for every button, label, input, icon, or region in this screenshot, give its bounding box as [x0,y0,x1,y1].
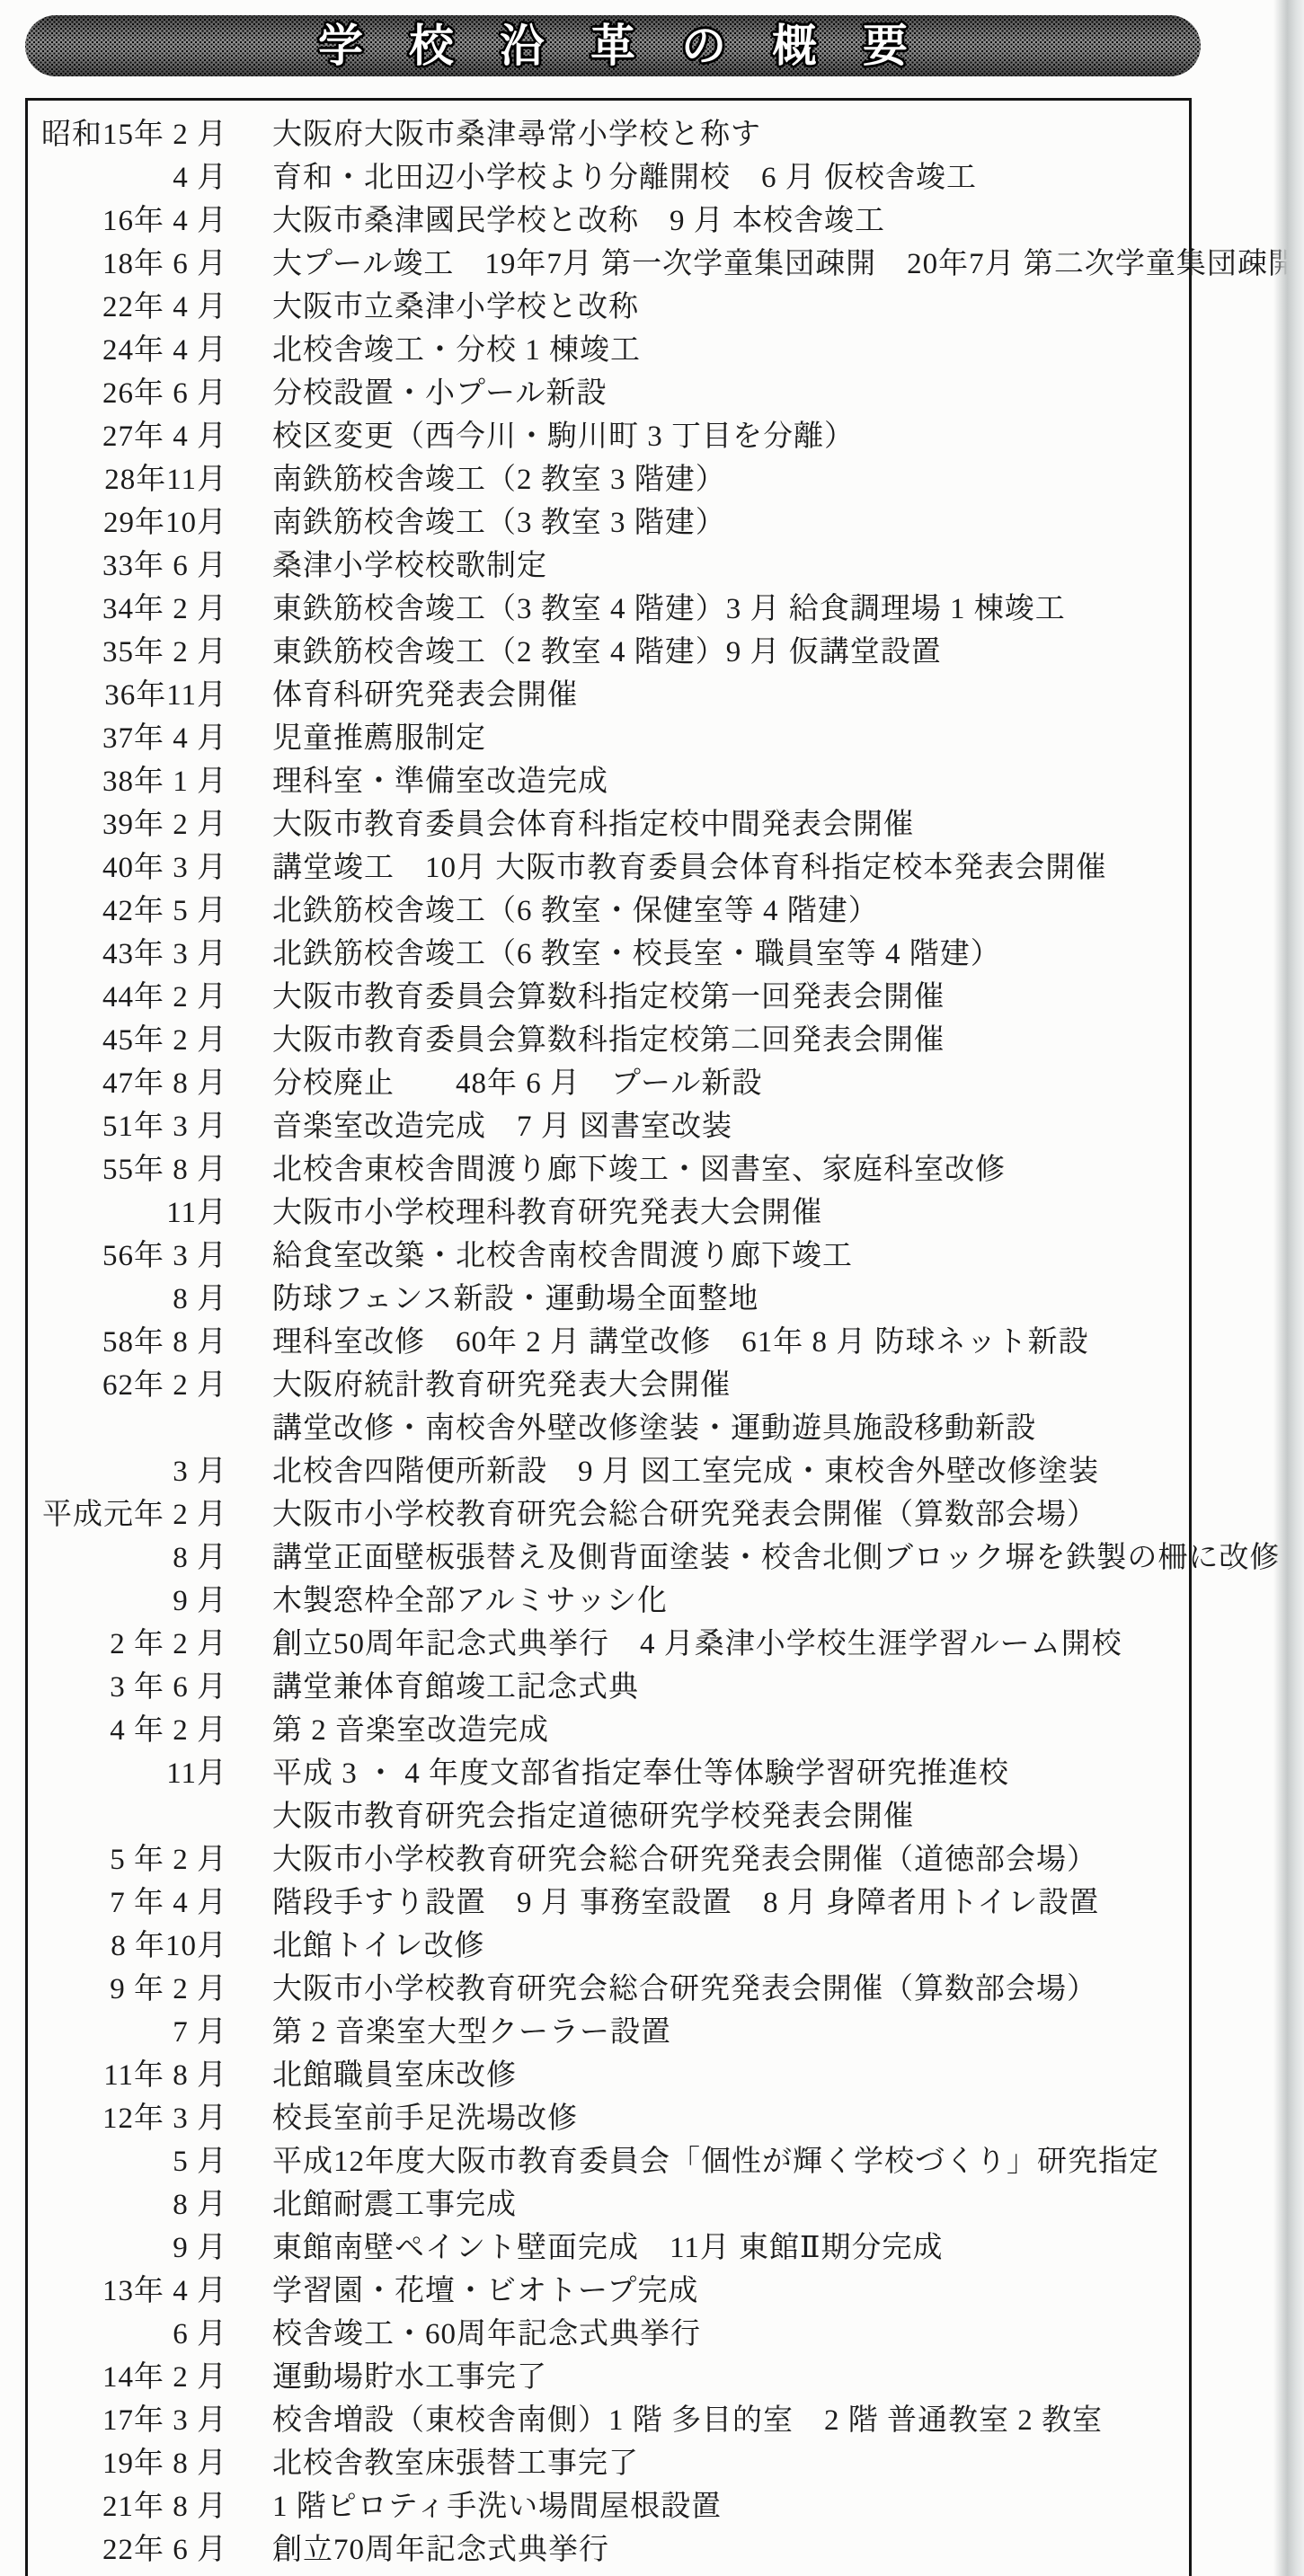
row-text: 大阪府統計教育研究発表大会開催 [272,1369,731,1402]
row-text: 平成 3 ・ 4 年度文部省指定奉仕等体験学習研究推進校 [272,1757,1009,1790]
row-date: 28年11月 [28,458,227,501]
row-date: 17年 3 月 [28,2399,227,2442]
title-banner: 学校沿革の概要 [25,15,1201,76]
row-text: 校舎増設（東校舎南側）1 階 多目的室 2 階 普通教室 2 教室 [272,2404,1103,2437]
row-text: 階段手すり設置 9 月 事務室設置 8 月 身障者用トイレ設置 [272,1887,1099,1919]
table-row: 8 月講堂正面壁板張替え及側背面塗装・校舎北側ブロック塀を鉄製の柵に改修 [28,1536,1189,1580]
row-text: 講堂兼体育館竣工記念式典 [272,1671,639,1704]
table-row: 9 月木製窓枠全部アルミサッシ化 [28,1580,1189,1623]
row-date: 33年 6 月 [28,544,227,588]
row-text: 防球フェンス新設・運動場全面整地 [272,1283,758,1315]
table-row: 29年10月南鉄筋校舎竣工（3 教室 3 階建） [28,501,1189,544]
row-date: 6 月 [28,2313,227,2356]
row-text: 理科室・準備室改造完成 [272,766,608,798]
table-row: 51年 3 月音楽室改造完成 7 月 図書室改装 [28,1105,1189,1148]
row-date: 58年 8 月 [28,1321,227,1364]
history-box: 昭和15年 2 月大阪府大阪市桑津尋常小学校と称す4 月育和・北田辺小学校より分… [25,98,1192,2576]
row-text: 学習園・花壇・ビオトープ完成 [272,2275,698,2307]
row-date: 8 月 [28,1278,227,1321]
row-text: 大阪市小学校理科教育研究発表大会開催 [272,1197,822,1229]
row-text: 分校廃止 48年 6 月 プール新設 [272,1067,762,1100]
row-date: 昭和15年 2 月 [28,113,227,156]
table-row: 17年 3 月校舎増設（東校舎南側）1 階 多目的室 2 階 普通教室 2 教室 [28,2399,1189,2442]
row-text: 北校舎四階便所新設 9 月 図工室完成・東校舎外壁改修塗装 [272,1456,1099,1488]
row-text: 音楽室改造完成 7 月 図書室改装 [272,1111,732,1143]
table-row: 8 年10月北館トイレ改修 [28,1925,1189,1968]
row-text: 東鉄筋校舎竣工（2 教室 4 階建）9 月 仮講堂設置 [272,636,942,668]
row-text: 南鉄筋校舎竣工（2 教室 3 階建） [272,464,726,496]
row-date: 44年 2 月 [28,976,227,1019]
table-row: 36年11月体育科研究発表会開催 [28,674,1189,717]
row-text: 大阪市教育委員会算数科指定校第一回発表会開催 [272,981,945,1014]
table-row: 12年 3 月校長室前手足洗場改修 [28,2097,1189,2140]
row-date: 56年 3 月 [28,1235,227,1278]
row-text: 第 2 音楽室大型クーラー設置 [272,2016,671,2049]
history-rows: 昭和15年 2 月大阪府大阪市桑津尋常小学校と称す4 月育和・北田辺小学校より分… [28,101,1189,2572]
row-date: 26年 6 月 [28,372,227,415]
row-date: 22年 4 月 [28,286,227,329]
row-date: 45年 2 月 [28,1019,227,1062]
row-text: 大阪市小学校教育研究会総合研究発表会開催（算数部会場） [272,1973,1097,2005]
row-date: 9 月 [28,2226,227,2270]
row-date: 40年 3 月 [28,846,227,890]
row-text: 北館トイレ改修 [272,1930,484,1962]
table-row: 3 年 6 月講堂兼体育館竣工記念式典 [28,1666,1189,1709]
table-row: 平成元年 2 月大阪市小学校教育研究会総合研究発表会開催（算数部会場） [28,1493,1189,1536]
table-row: 42年 5 月北鉄筋校舎竣工（6 教室・保健室等 4 階建） [28,890,1189,933]
table-row: 9 年 2 月大阪市小学校教育研究会総合研究発表会開催（算数部会場） [28,1968,1189,2011]
table-row: 26年 6 月分校設置・小プール新設 [28,372,1189,415]
table-row: 講堂改修・南校舎外壁改修塗装・運動遊具施設移動新設 [28,1407,1189,1450]
row-date: 9 年 2 月 [28,1968,227,2011]
row-text: 体育科研究発表会開催 [272,679,578,712]
table-row: 62年 2 月大阪府統計教育研究発表大会開催 [28,1364,1189,1407]
row-date: 47年 8 月 [28,1062,227,1105]
table-row: 55年 8 月北校舎東校舎間渡り廊下竣工・図書室、家庭科室改修 [28,1148,1189,1191]
row-text: 桑津小学校校歌制定 [272,550,547,582]
row-text: 児童推薦服制定 [272,722,486,755]
table-row: 11月平成 3 ・ 4 年度文部省指定奉仕等体験学習研究推進校 [28,1752,1189,1795]
row-date: 13年 4 月 [28,2270,227,2313]
page-title: 学校沿革の概要 [272,23,954,68]
row-text: 北校舎竣工・分校 1 棟竣工 [272,334,641,367]
table-row: 5 年 2 月大阪市小学校教育研究会総合研究発表会開催（道徳部会場） [28,1838,1189,1881]
row-date: 39年 2 月 [28,803,227,846]
table-row: 39年 2 月大阪市教育委員会体育科指定校中間発表会開催 [28,803,1189,846]
row-text: 大阪市桑津國民学校と改称 9 月 本校舎竣工 [272,205,885,237]
row-text: 平成12年度大阪市教育委員会「個性が輝く学校づくり」研究指定 [272,2146,1159,2178]
table-row: 昭和15年 2 月大阪府大阪市桑津尋常小学校と称す [28,113,1189,156]
row-date: 平成元年 2 月 [28,1493,227,1536]
row-date: 35年 2 月 [28,631,227,674]
table-row: 11月大阪市小学校理科教育研究発表大会開催 [28,1191,1189,1235]
table-row: 44年 2 月大阪市教育委員会算数科指定校第一回発表会開催 [28,976,1189,1019]
row-date: 2 年 2 月 [28,1623,227,1666]
row-text: 北館職員室床改修 [272,2059,517,2092]
row-date: 18年 6 月 [28,243,227,286]
row-date: 27年 4 月 [28,415,227,458]
row-date: 22年 6 月 [28,2528,227,2572]
row-text: 育和・北田辺小学校より分離開校 6 月 仮校舎竣工 [272,162,977,194]
row-date: 21年 8 月 [28,2485,227,2528]
table-row: 28年11月南鉄筋校舎竣工（2 教室 3 階建） [28,458,1189,501]
table-row: 7 月第 2 音楽室大型クーラー設置 [28,2011,1189,2054]
table-row: 45年 2 月大阪市教育委員会算数科指定校第二回発表会開催 [28,1019,1189,1062]
row-text: 校舎竣工・60周年記念式典挙行 [272,2318,701,2350]
table-row: 47年 8 月分校廃止 48年 6 月 プール新設 [28,1062,1189,1105]
row-text: 北校舎教室床張替工事完了 [272,2448,639,2480]
row-text: 校区変更（西今川・駒川町 3 丁目を分離） [272,420,855,453]
row-date: 8 月 [28,2183,227,2226]
row-text: 運動場貯水工事完了 [272,2361,547,2394]
table-row: 22年 6 月創立70周年記念式典挙行 [28,2528,1189,2572]
row-date: 8 年10月 [28,1925,227,1968]
row-text: 校長室前手足洗場改修 [272,2102,578,2135]
row-text: 北鉄筋校舎竣工（6 教室・校長室・職員室等 4 階建） [272,938,1001,970]
table-row: 8 月北館耐震工事完成 [28,2183,1189,2226]
row-date: 12年 3 月 [28,2097,227,2140]
row-text: 分校設置・小プール新設 [272,377,607,410]
row-text: 大阪市立桑津小学校と改称 [272,291,639,323]
row-date: 43年 3 月 [28,933,227,976]
row-date: 11月 [28,1191,227,1235]
row-text: 創立70周年記念式典挙行 [272,2534,609,2566]
row-date: 24年 4 月 [28,329,227,372]
table-row: 27年 4 月校区変更（西今川・駒川町 3 丁目を分離） [28,415,1189,458]
table-row: 6 月校舎竣工・60周年記念式典挙行 [28,2313,1189,2356]
table-row: 5 月平成12年度大阪市教育委員会「個性が輝く学校づくり」研究指定 [28,2140,1189,2183]
table-row: 8 月防球フェンス新設・運動場全面整地 [28,1278,1189,1321]
row-text: 大阪市教育委員会算数科指定校第二回発表会開催 [272,1024,945,1057]
row-text: 大阪市教育委員会体育科指定校中間発表会開催 [272,809,914,841]
table-row: 37年 4 月児童推薦服制定 [28,717,1189,760]
row-date: 11年 8 月 [28,2054,227,2097]
row-date: 7 年 4 月 [28,1881,227,1925]
table-row: 19年 8 月北校舎教室床張替工事完了 [28,2442,1189,2485]
table-row: 13年 4 月学習園・花壇・ビオトープ完成 [28,2270,1189,2313]
row-text: 給食室改築・北校舎南校舎間渡り廊下竣工 [272,1240,853,1272]
row-text: 大プール竣工 19年7月 第一次学童集団疎開 20年7月 第二次学童集団疎開 [272,248,1299,280]
row-date: 37年 4 月 [28,717,227,760]
row-text: 木製窓枠全部アルミサッシ化 [272,1585,668,1617]
row-date: 38年 1 月 [28,760,227,803]
row-text: 講堂正面壁板張替え及側背面塗装・校舎北側ブロック塀を鉄製の柵に改修 [272,1542,1280,1574]
table-row: 35年 2 月東鉄筋校舎竣工（2 教室 4 階建）9 月 仮講堂設置 [28,631,1189,674]
row-date: 14年 2 月 [28,2356,227,2399]
table-row: 33年 6 月桑津小学校校歌制定 [28,544,1189,588]
row-text: 第 2 音楽室改造完成 [272,1714,549,1747]
table-row: 16年 4 月大阪市桑津國民学校と改称 9 月 本校舎竣工 [28,199,1189,243]
table-row: 40年 3 月講堂竣工 10月 大阪市教育委員会体育科指定校本発表会開催 [28,846,1189,890]
table-row: 56年 3 月給食室改築・北校舎南校舎間渡り廊下竣工 [28,1235,1189,1278]
row-date: 62年 2 月 [28,1364,227,1407]
row-date: 34年 2 月 [28,588,227,631]
row-date: 5 年 2 月 [28,1838,227,1881]
row-text: 講堂改修・南校舎外壁改修塗装・運動遊具施設移動新設 [272,1412,1036,1445]
row-date: 8 月 [28,1536,227,1580]
scan-edge-shadow [1273,0,1304,2576]
row-date: 29年10月 [28,501,227,544]
row-text: 大阪府大阪市桑津尋常小学校と称す [272,119,761,151]
row-text: 北校舎東校舎間渡り廊下竣工・図書室、家庭科室改修 [272,1154,1006,1186]
row-date: 51年 3 月 [28,1105,227,1148]
row-date: 4 月 [28,156,227,199]
row-date: 3 月 [28,1450,227,1493]
table-row: 9 月東館南壁ペイント壁面完成 11月 東館Ⅱ期分完成 [28,2226,1189,2270]
row-text: 大阪市教育研究会指定道徳研究学校発表会開催 [272,1801,914,1833]
table-row: 2 年 2 月創立50周年記念式典挙行 4 月桑津小学校生涯学習ルーム開校 [28,1623,1189,1666]
table-row: 14年 2 月運動場貯水工事完了 [28,2356,1189,2399]
table-row: 11年 8 月北館職員室床改修 [28,2054,1189,2097]
row-date: 42年 5 月 [28,890,227,933]
row-text: 創立50周年記念式典挙行 4 月桑津小学校生涯学習ルーム開校 [272,1628,1122,1660]
table-row: 21年 8 月1 階ピロティ手洗い場間屋根設置 [28,2485,1189,2528]
row-text: 大阪市小学校教育研究会総合研究発表会開催（道徳部会場） [272,1844,1097,1876]
row-date: 16年 4 月 [28,199,227,243]
table-row: 24年 4 月北校舎竣工・分校 1 棟竣工 [28,329,1189,372]
row-text: 講堂竣工 10月 大阪市教育委員会体育科指定校本発表会開催 [272,852,1106,884]
table-row: 22年 4 月大阪市立桑津小学校と改称 [28,286,1189,329]
row-text: 大阪市小学校教育研究会総合研究発表会開催（算数部会場） [272,1499,1097,1531]
row-date: 7 月 [28,2011,227,2054]
row-text: 北鉄筋校舎竣工（6 教室・保健室等 4 階建） [272,895,879,927]
table-row: 18年 6 月大プール竣工 19年7月 第一次学童集団疎開 20年7月 第二次学… [28,243,1189,286]
table-row: 58年 8 月理科室改修 60年 2 月 講堂改修 61年 8 月 防球ネット新… [28,1321,1189,1364]
row-date: 5 月 [28,2140,227,2183]
row-date: 4 年 2 月 [28,1709,227,1752]
table-row: 3 月北校舎四階便所新設 9 月 図工室完成・東校舎外壁改修塗装 [28,1450,1189,1493]
table-row: 34年 2 月東鉄筋校舎竣工（3 教室 4 階建）3 月 給食調理場 1 棟竣工 [28,588,1189,631]
row-date: 11月 [28,1752,227,1795]
row-date: 19年 8 月 [28,2442,227,2485]
row-text: 東鉄筋校舎竣工（3 教室 4 階建）3 月 給食調理場 1 棟竣工 [272,593,1066,625]
table-row: 4 年 2 月第 2 音楽室改造完成 [28,1709,1189,1752]
table-row: 4 月育和・北田辺小学校より分離開校 6 月 仮校舎竣工 [28,156,1189,199]
table-row: 7 年 4 月階段手すり設置 9 月 事務室設置 8 月 身障者用トイレ設置 [28,1881,1189,1925]
table-row: 大阪市教育研究会指定道徳研究学校発表会開催 [28,1795,1189,1838]
row-date: 9 月 [28,1580,227,1623]
table-row: 38年 1 月理科室・準備室改造完成 [28,760,1189,803]
row-text: 1 階ピロティ手洗い場間屋根設置 [272,2491,722,2523]
row-text: 東館南壁ペイント壁面完成 11月 東館Ⅱ期分完成 [272,2232,943,2264]
table-row: 43年 3 月北鉄筋校舎竣工（6 教室・校長室・職員室等 4 階建） [28,933,1189,976]
row-text: 北館耐震工事完成 [272,2189,517,2221]
row-date: 36年11月 [28,674,227,717]
row-date: 55年 8 月 [28,1148,227,1191]
row-date: 3 年 6 月 [28,1666,227,1709]
row-text: 理科室改修 60年 2 月 講堂改修 61年 8 月 防球ネット新設 [272,1326,1089,1359]
row-text: 南鉄筋校舎竣工（3 教室 3 階建） [272,507,726,539]
